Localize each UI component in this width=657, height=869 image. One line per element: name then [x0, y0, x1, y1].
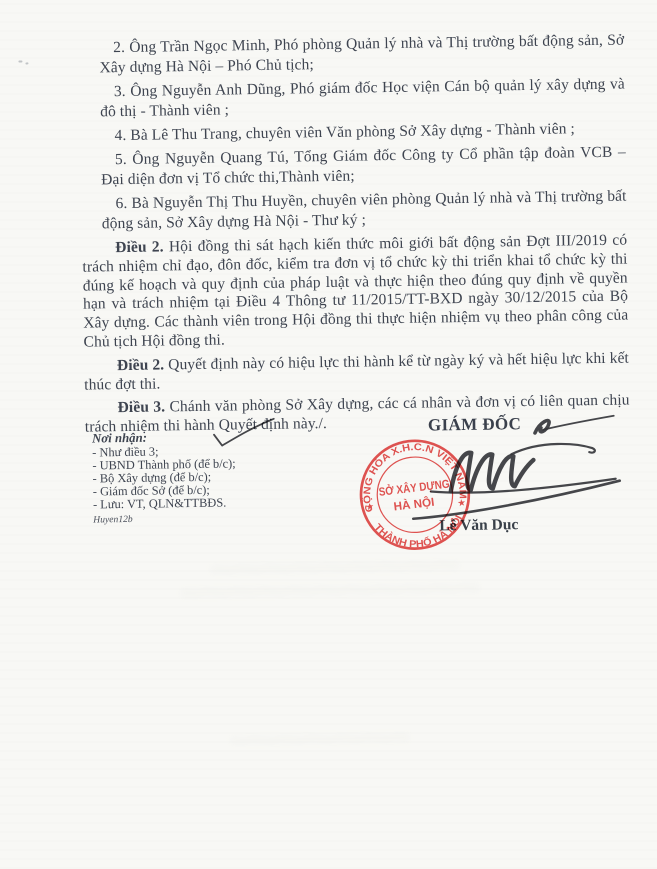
- article-text: Quyết định này có hiệu lực thi hành kể t…: [84, 349, 629, 393]
- document-body: 2. Ông Trần Ngọc Minh, Phó phòng Quản lý…: [0, 0, 657, 439]
- member-item: 2. Ông Trần Ngọc Minh, Phó phòng Quản lý…: [99, 31, 625, 79]
- member-item: 6. Bà Nguyễn Thị Thu Huyền, chuyên viên …: [101, 187, 627, 235]
- handwritten-signature-zigzag: [450, 452, 534, 491]
- recipient-item: - Lưu: VT, QLN&TTBĐS.: [93, 496, 236, 511]
- article-label: Điều 2.: [115, 238, 164, 256]
- scan-speck: [25, 62, 28, 64]
- document-content: 2. Ông Trần Ngọc Minh, Phó phòng Quản lý…: [0, 0, 657, 869]
- scan-speck: [18, 60, 22, 62]
- article-paragraph: Điều 2. Quyết định này có hiệu lực thi h…: [84, 349, 629, 395]
- scanned-document-page: 2. Ông Trần Ngọc Minh, Phó phòng Quản lý…: [0, 0, 657, 869]
- signature-ink: [393, 400, 655, 539]
- pen-scribble-line: [543, 416, 614, 430]
- member-item: 5. Ông Nguyễn Quang Tú, Tổng Giám đốc Cô…: [101, 143, 627, 191]
- article-label: Điều 2.: [117, 356, 164, 374]
- handwritten-signature-line-upper: [431, 479, 616, 493]
- checkmark-ink: [203, 411, 289, 454]
- handwritten-signature-flourish: [511, 443, 595, 454]
- pen-scribble-loop: [535, 420, 549, 432]
- checkmark-stroke: [214, 419, 274, 446]
- member-item: 3. Ông Nguyễn Anh Dũng, Phó giám đốc Học…: [100, 75, 626, 123]
- member-item: 4. Bà Lê Thu Trang, chuyên viên Văn phòn…: [100, 119, 625, 147]
- article-text: Hội đồng thi sát hạch kiến thức môi giới…: [82, 232, 628, 351]
- drafter-note: Huyen12b: [93, 511, 236, 526]
- article-label: Điều 3.: [117, 399, 165, 417]
- article-paragraph: Điều 2. Hội đồng thi sát hạch kiến thức …: [82, 232, 629, 353]
